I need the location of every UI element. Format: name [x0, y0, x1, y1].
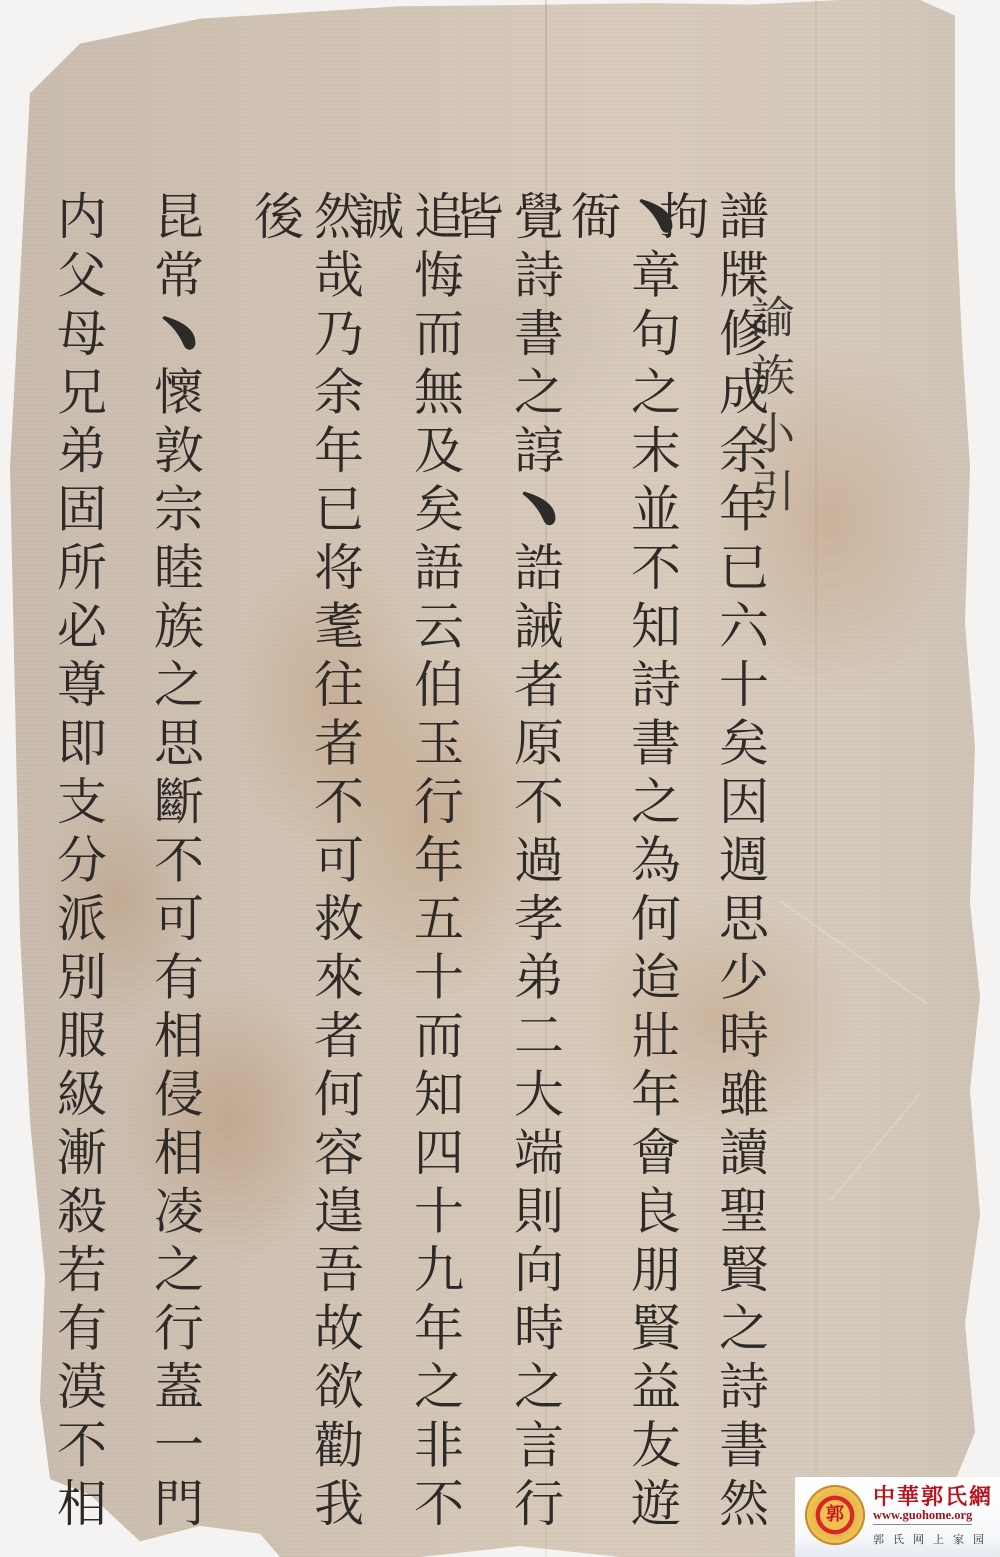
guo-clan-logo-icon: 郭 — [805, 1485, 865, 1545]
fold-line — [815, 0, 817, 1557]
site-watermark: 郭 中華郭氏網 www.guohome.org 郭氏网上家园 — [795, 1477, 1000, 1557]
watermark-url: www.guohome.org — [873, 1508, 972, 1525]
text-column-6: 昆常﹅懷敦宗睦族之思斷不可有相侵相凌之行蓋一門 — [145, 190, 205, 1536]
text-column-2: ﹅章句之末並不知詩書之為何迨壯年會良朋賢益友遊衙 — [562, 190, 682, 1557]
document-scan: 諭族小引 譜牒修成余年已六十矣因週思少時雖讀聖賢之詩書然拘 ﹅章句之末並不知詩書… — [0, 0, 1000, 1557]
text-column-5: 然哉乃余年已将耄往者不可救來者何容遑吾故欲勸我後 — [245, 190, 365, 1557]
text-column-7: 内父母兄弟固所必尊即支分派別服級漸殺若有漠不相 — [48, 190, 108, 1536]
watermark-site-name: 中華郭氏網 — [873, 1480, 993, 1511]
logo-glyph: 郭 — [820, 1500, 850, 1530]
watermark-tagline: 郭氏网上家园 — [873, 1531, 993, 1547]
